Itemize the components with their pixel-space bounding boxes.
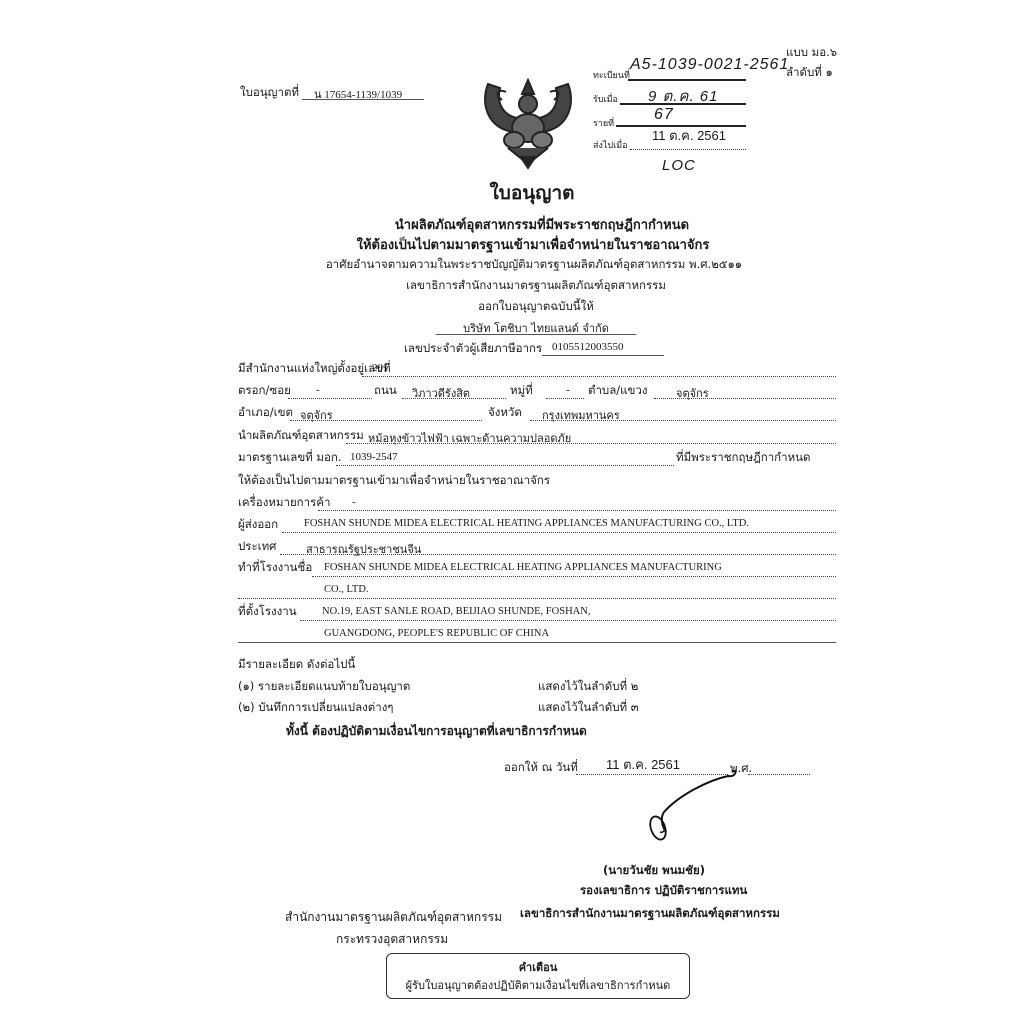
license-no-value: น 17654-1139/1039 (314, 85, 402, 103)
standard-line (336, 465, 674, 466)
trademark-label: เครื่องหมายการค้า (238, 494, 330, 512)
factory-line-1 (312, 576, 836, 577)
sent-underline (630, 149, 746, 150)
moo-value: - (566, 384, 570, 396)
authority-line-1: อาศัยอำนาจตามความในพระราชบัญญัติมาตรฐานผ… (0, 256, 1024, 274)
hq-value: 201 (372, 362, 389, 374)
detail-item-1-label: (๑) รายละเอียดแนบท้ายใบอนุญาต (238, 678, 410, 696)
tax-id-label: เลขประจำตัวผู้เสียภาษีอากร (404, 340, 542, 358)
ref-value: A5-1039-0021-2561 (630, 56, 789, 74)
factory-line-2 (238, 598, 836, 599)
standard-label: มาตรฐานเลขที่ มอก. (238, 449, 342, 467)
moo-line (546, 398, 584, 399)
location-value-2: GUANGDONG, PEOPLE'S REPUBLIC OF CHINA (324, 628, 549, 639)
conform-text: ให้ต้องเป็นไปตามมาตรฐานเข้ามาเพื่อจำหน่า… (238, 472, 550, 490)
list-label: รายที่ (593, 116, 614, 130)
province-line (530, 420, 836, 421)
authority-line-3: ออกใบอนุญาตฉบับนี้ให้ (0, 298, 1024, 316)
subtitle-line-1: นำผลิตภัณฑ์อุตสาหกรรมที่มีพระราชกฤษฎีกาก… (0, 214, 1024, 235)
road-label: ถนน (374, 382, 397, 400)
sequence-number: ลำดับที่ ๑ (786, 64, 833, 82)
trademark-value: - (352, 496, 356, 508)
signatory-title-1: รองเลขาธิการ ปฏิบัติราชการแทน (580, 882, 747, 900)
road-value: วิภาวดีรังสิต (412, 384, 470, 402)
hq-line (362, 376, 836, 377)
license-no-label: ใบอนุญาตที่ (240, 84, 299, 102)
location-value-1: NO.19, EAST SANLE ROAD, BEIJIAO SHUNDE, … (322, 606, 590, 617)
location-line-2 (238, 642, 836, 643)
received-underline (620, 103, 746, 105)
detail-item-2-label: (๒) บันทึกการเปลี่ยนแปลงต่างๆ (238, 699, 393, 717)
moo-label: หมู่ที่ (510, 382, 533, 400)
country-label: ประเทศ (238, 538, 276, 556)
amphoe-label: อำเภอ/เขต (238, 404, 293, 422)
tambon-line (654, 398, 836, 399)
factory-label: ทำที่โรงงานชื่อ (238, 559, 312, 577)
ref-label: ทะเบียนที่ (593, 68, 630, 82)
detail-item-2-ref: แสดงไว้ในลำดับที่ ๓ (538, 699, 639, 717)
office-line-2: กระทรวงอุตสาหกรรม (336, 930, 448, 949)
office-line-1: สำนักงานมาตรฐานผลิตภัณฑ์อุตสาหกรรม (285, 908, 502, 927)
form-code: แบบ มอ.๖ (786, 44, 837, 62)
product-line (346, 443, 836, 444)
province-value: กรุงเทพมหานคร (542, 406, 620, 424)
road-line (402, 398, 506, 399)
warning-box: คำเตือน ผู้รับใบอนุญาตต้องปฏิบัติตามเงื่… (386, 953, 690, 999)
exporter-value: FOSHAN SHUNDE MIDEA ELECTRICAL HEATING A… (304, 518, 749, 529)
amphoe-value: จตุจักร (300, 406, 333, 424)
soi-label: ตรอก/ซอย (238, 382, 291, 400)
tambon-label: ตำบล/แขวง (588, 382, 648, 400)
license-no-underline (302, 99, 424, 100)
details-heading: มีรายละเอียด ดังต่อไปนี้ (238, 656, 355, 674)
location-line-1 (300, 620, 836, 621)
standard-suffix: ที่มีพระราชกฤษฎีกากำหนด (676, 449, 811, 467)
sent-value: 11 ต.ค. 2561 (652, 125, 726, 146)
issue-date-label: ออกให้ ณ วันที่ (504, 759, 578, 777)
handwritten-note: LOC (662, 157, 696, 174)
exporter-label: ผู้ส่งออก (238, 516, 278, 534)
licensee-underline (436, 334, 636, 335)
garuda-emblem-icon (478, 74, 578, 170)
country-value: สาธารณรัฐประชาชนจีน (306, 540, 421, 558)
province-label: จังหวัด (488, 404, 522, 422)
authority-line-2: เลขาธิการสำนักงานมาตรฐานผลิตภัณฑ์อุตสาหก… (0, 277, 1024, 295)
detail-item-1-ref: แสดงไว้ในลำดับที่ ๒ (538, 678, 638, 696)
received-label: รับเมื่อ (593, 92, 618, 106)
product-value: หม้อหุงข้าวไฟฟ้า เฉพาะด้านความปลอดภัย (368, 429, 571, 447)
tambon-value: จตุจักร (676, 384, 709, 402)
trademark-line (318, 510, 836, 511)
subtitle-line-2: ให้ต้องเป็นไปตามมาตรฐานเข้ามาเพื่อจำหน่า… (0, 234, 1024, 255)
factory-value-2: CO., LTD. (324, 584, 369, 595)
tax-id-underline (542, 355, 664, 356)
warning-text: ผู้รับใบอนุญาตต้องปฏิบัติตามเงื่อนไขที่เ… (387, 976, 689, 994)
country-line (280, 554, 836, 555)
signatory-title-2: เลขาธิการสำนักงานมาตรฐานผลิตภัณฑ์อุตสาหก… (520, 905, 780, 923)
sent-label: ส่งไปเมื่อ (593, 138, 628, 152)
signatory-name: (นายวันชัย พนมชัย) (574, 862, 734, 880)
era-line (748, 774, 810, 775)
soi-value: - (316, 384, 320, 396)
amphoe-line (290, 420, 482, 421)
product-label: นำผลิตภัณฑ์อุตสาหกรรม (238, 427, 364, 445)
factory-value-1: FOSHAN SHUNDE MIDEA ELECTRICAL HEATING A… (324, 562, 722, 573)
ref-underline (628, 79, 746, 81)
condition-text: ทั้งนี้ ต้องปฏิบัติตามเงื่อนไขการอนุญาตท… (286, 722, 587, 741)
warning-title: คำเตือน (387, 958, 689, 976)
soi-line (288, 398, 372, 399)
list-value: 67 (654, 106, 674, 124)
signature-icon (640, 766, 740, 846)
document-title: ใบอนุญาต (0, 178, 1024, 208)
exporter-line (282, 532, 836, 533)
standard-value: 1039-2547 (350, 451, 398, 463)
tax-id-value: 0105512003550 (552, 341, 624, 353)
location-label: ที่ตั้งโรงงาน (238, 603, 297, 621)
